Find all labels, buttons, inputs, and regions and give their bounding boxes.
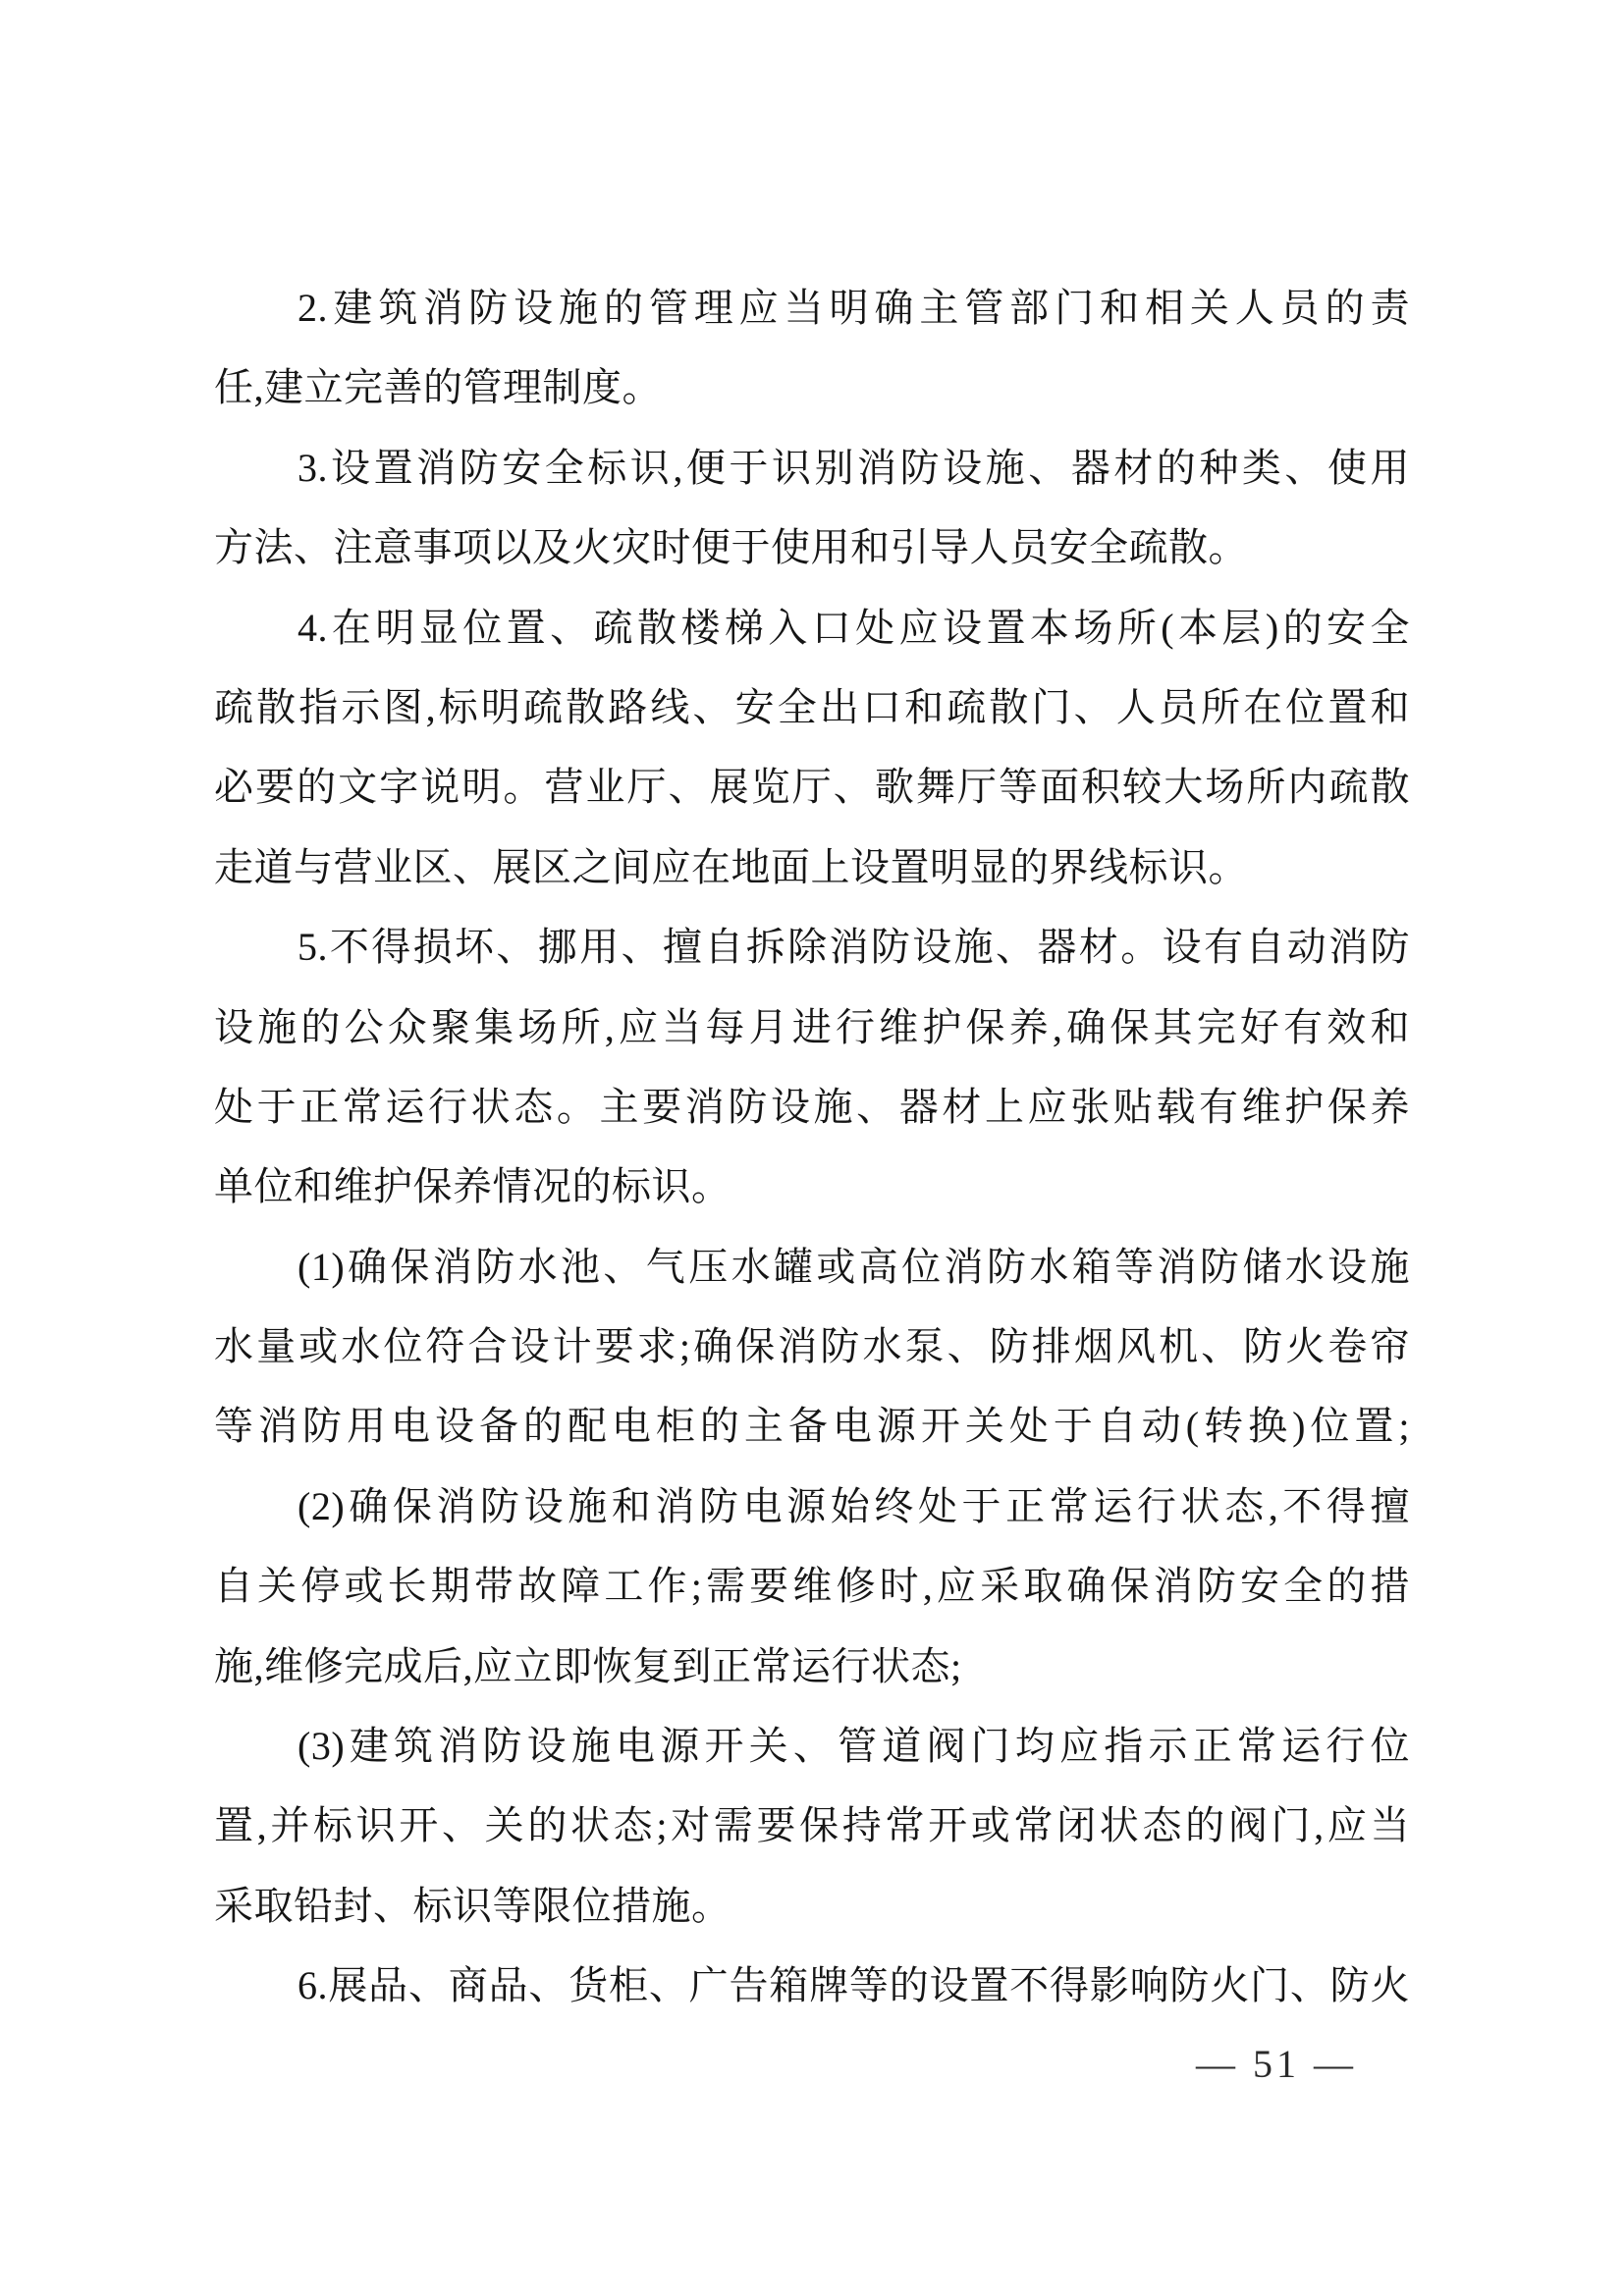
text-line: 3.设置消防安全标识,便于识别消防设施、器材的种类、使用: [214, 428, 1410, 507]
text-line: 方法、注意事项以及火灾时便于使用和引导人员安全疏散。: [214, 507, 1410, 587]
text-line: 2.建筑消防设施的管理应当明确主管部门和相关人员的责: [214, 268, 1410, 347]
text-line: (2)确保消防设施和消防电源始终处于正常运行状态,不得擅: [214, 1467, 1410, 1546]
text-line: 必要的文字说明。营业厅、展览厅、歌舞厅等面积较大场所内疏散: [214, 747, 1410, 827]
text-line: 施,维修完成后,应立即恢复到正常运行状态;: [214, 1627, 1410, 1706]
text-line: 置,并标识开、关的状态;对需要保持常开或常闭状态的阀门,应当: [214, 1786, 1410, 1865]
text-line: 疏散指示图,标明疏散路线、安全出口和疏散门、人员所在位置和: [214, 667, 1410, 747]
text-line: (3)建筑消防设施电源开关、管道阀门均应指示正常运行位: [214, 1706, 1410, 1786]
text-line: 自关停或长期带故障工作;需要维修时,应采取确保消防安全的措: [214, 1546, 1410, 1626]
document-body: 2.建筑消防设施的管理应当明确主管部门和相关人员的责任,建立完善的管理制度。3.…: [214, 268, 1410, 2026]
text-line: 设施的公众聚集场所,应当每月进行维护保养,确保其完好有效和: [214, 988, 1410, 1067]
text-line: 等消防用电设备的配电柜的主备电源开关处于自动(转换)位置;: [214, 1386, 1410, 1466]
text-line: 单位和维护保养情况的标识。: [214, 1147, 1410, 1226]
text-line: (1)确保消防水池、气压水罐或高位消防水箱等消防储水设施: [214, 1227, 1410, 1307]
text-line: 任,建立完善的管理制度。: [214, 347, 1410, 427]
text-line: 走道与营业区、展区之间应在地面上设置明显的界线标识。: [214, 828, 1410, 907]
text-line: 采取铅封、标识等限位措施。: [214, 1866, 1410, 1946]
text-line: 5.不得损坏、挪用、擅自拆除消防设施、器材。设有自动消防: [214, 907, 1410, 987]
text-line: 处于正常运行状态。主要消防设施、器材上应张贴载有维护保养: [214, 1067, 1410, 1147]
document-page: 2.建筑消防设施的管理应当明确主管部门和相关人员的责任,建立完善的管理制度。3.…: [0, 0, 1624, 2296]
text-line: 6.展品、商品、货柜、广告箱牌等的设置不得影响防火门、防火: [214, 1946, 1410, 2025]
page-number: — 51 —: [1196, 2045, 1357, 2084]
text-line: 4.在明显位置、疏散楼梯入口处应设置本场所(本层)的安全: [214, 588, 1410, 667]
text-line: 水量或水位符合设计要求;确保消防水泵、防排烟风机、防火卷帘: [214, 1307, 1410, 1386]
